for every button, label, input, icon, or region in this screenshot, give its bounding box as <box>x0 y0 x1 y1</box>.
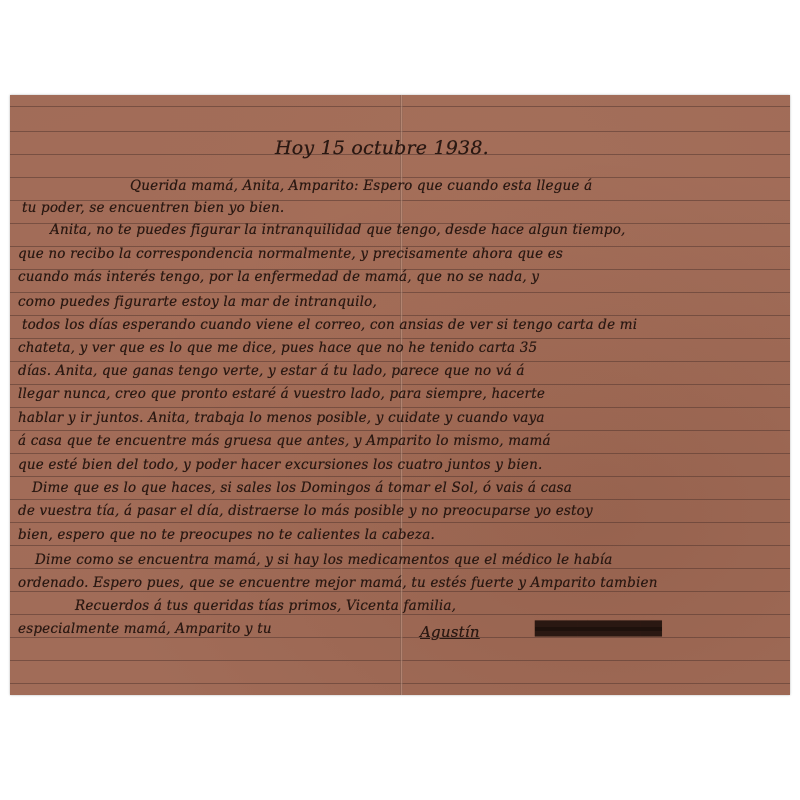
letter-line: Dime como se encuentra mamá, y si hay lo… <box>35 552 613 568</box>
letter-line: á casa que te encuentre más gruesa que a… <box>18 433 551 449</box>
letter-line: como puedes figurarte estoy la mar de in… <box>18 294 377 310</box>
letter-paper: Hoy 15 octubre 1938. Querida mamá, Anita… <box>10 95 790 695</box>
letter-line: que esté bien del todo, y poder hacer ex… <box>18 457 542 473</box>
letter-date: Hoy 15 octubre 1938. <box>275 137 489 159</box>
crossed-out-text: ████████████ <box>535 621 662 637</box>
letter-line: Recuerdos á tus queridas tías primos, Vi… <box>75 598 456 614</box>
letter-line: días. Anita, que ganas tengo verte, y es… <box>18 363 525 379</box>
letter-line: llegar nunca, creo que pronto estaré á v… <box>18 386 545 402</box>
letter-line: tu poder, se encuentren bien yo bien. <box>22 200 284 216</box>
letter-signature: Agustín <box>420 623 480 641</box>
letter-line: de vuestra tía, á pasar el día, distraer… <box>18 503 593 519</box>
letter-line: Anita, no te puedes figurar la intranqui… <box>50 222 626 238</box>
letter-line: hablar y ir juntos. Anita, trabaja lo me… <box>18 410 545 426</box>
letter-line: que no recibo la correspondencia normalm… <box>18 246 563 262</box>
letter-line: chateta, y ver que es lo que me dice, pu… <box>18 340 537 356</box>
letter-line: cuando más interés tengo, por la enferme… <box>18 269 539 285</box>
letter-line: Dime que es lo que haces, si sales los D… <box>32 480 572 496</box>
letter-line: bien, espero que no te preocupes no te c… <box>18 527 435 543</box>
letter-line: ordenado. Espero pues, que se encuentre … <box>18 575 658 591</box>
letter-line: Querida mamá, Anita, Amparito: Espero qu… <box>130 178 592 194</box>
letter-line: todos los días esperando cuando viene el… <box>22 317 637 333</box>
letter-line: especialmente mamá, Amparito y tu <box>18 621 272 637</box>
